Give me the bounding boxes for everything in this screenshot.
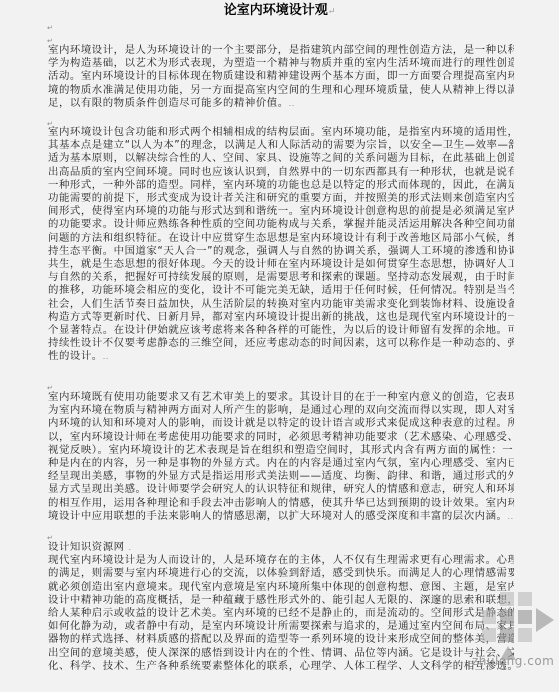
- text-line-content: 性的设计。: [48, 350, 103, 362]
- text-line: 的满足，则需要与室内环境进行心的交流，以体验到舒适，感受到快乐。而满足人的心理情…: [48, 567, 514, 580]
- text-line: 间形式，使得室内环境的功能与形式达到和谐统一。室内环境设计创意构思的前提是必须满…: [48, 205, 514, 218]
- text-line: 持生态平衡。中国道家“天人合一”的观念，强调人与自然的协调关系，强调人工环境的渗…: [48, 245, 514, 258]
- text-line: 境的物质水准满足使用功能，另一方面提高室内空间的生理和心理环境质量，使人从精神上…: [48, 84, 514, 97]
- text-line: 与自然的关系，把握好可持续发展的原则，是需要思考和探索的课题。坚持动态发展观，由…: [48, 271, 514, 284]
- text-line: 个显著特点。在设计伊始就应该考虑将来各种各样的可能性，为以后的设计师留有发挥的余…: [48, 324, 514, 337]
- text-line: 境设计中应用联想的手法来影响人的情感思潮，以扩大环境对人的感受深度和丰富的层次内…: [48, 510, 514, 523]
- text-line: 功能需要的前提下，形式变成为设计者关注和研究的重要方面，并按照美的形式法则来创造…: [48, 192, 514, 205]
- document-page: 论室内环境设计观↵ ↵ ↵ 室内环境设计，是人为环境设计的一个主要部分，是指建筑…: [0, 0, 559, 692]
- text-line: 以，室内环境设计师在考虑使用功能要求的同时，必须思考精神功能要求（艺术感染、心理…: [48, 431, 514, 444]
- text-line: 内环境的认知和环境对人的影响，而设计就是以特定的设计语言或形式来促成这种表意的过…: [48, 417, 514, 430]
- heading-text: 设计知识资源网: [48, 541, 125, 553]
- text-line: 共生，就是生态思想的很好体现。今天的设计师在室内环境设计是如何贯穿生态思想，协调…: [48, 258, 514, 271]
- text-line: 的推移，功能环境会相应的变化，设计不可能完美无缺，适用于任何时候，任何情况。特别…: [48, 284, 514, 297]
- text-line: 给人某种启示或收益的设计艺术美。室内环境的已经不是静止的，而是流动的。空间形式是…: [48, 607, 514, 620]
- text-line: 一种形式，一种外部的造型。同样，室内环境的功能也总是以特定的形式而体现的，因此，…: [48, 179, 514, 192]
- text-line: 室内环境设计包含功能和形式两个相辅相成的结构层面。室内环境功能，是指室内环境的适…: [48, 126, 514, 139]
- text-line-content: 足，以有限的物质条件创造尽可能多的精神价值。: [48, 97, 289, 109]
- paragraph-1: 室内环境设计，是人为环境设计的一个主要部分，是指建筑内部空间的理性创造方法，是一…: [48, 44, 514, 110]
- text-line: 现代室内环境设计是为人而设计的，人是环境存在的主体，人不仅有生理需求更有心理需求…: [48, 554, 514, 567]
- text-line: 视觉反映）。室内环境设计的艺术表现是旨在组织和塑造空间时，其形式内含有两方面的属…: [48, 444, 514, 457]
- text-line: 的相互作用，运用各种理论和手段去冲击影响人的情感，使其升华已达到预期的设计效果。…: [48, 497, 514, 510]
- paragraph-end-mark-icon: ..: [508, 512, 514, 521]
- text-line: 出高品质的室内空间环境。同时也应该认识到，自然界中的一切东西都具有一种形状，也就…: [48, 166, 514, 179]
- text-line: 的功能要求。设计师应熟练各种性质的空间功能构成与关系，掌握并能灵活运用解决各种空…: [48, 218, 514, 231]
- text-line: 化、科学、技术、生产各种系统要素整体化的联系，心理学、人体工程学、人文科学的相互…: [48, 660, 514, 673]
- paragraph-4: 设计知识资源网 . 现代室内环境设计是为人而设计的，人是环境存在的主体，人不仅有…: [48, 541, 514, 673]
- text-line: 足，以有限的物质条件创造尽可能多的精神价值。..: [48, 97, 514, 110]
- section-heading: 设计知识资源网 .: [48, 541, 514, 554]
- text-line: 种是内在的内容，另一种是事物的外显方式。内在的内容是通过室内气氛，室内心理感受、…: [48, 457, 514, 470]
- text-line-content: 境设计中应用联想的手法来影响人的情感思潮，以扩大环境对人的感受深度和丰富的层次内…: [48, 510, 508, 522]
- document-title: 论室内环境设计观↵: [0, 2, 559, 21]
- text-line: 就必须创造出室内意境来。现代室内意境是室内环境所集中体现的创意构想、意图、主题，…: [48, 581, 514, 594]
- paragraph-end-mark-icon: .: [128, 543, 131, 552]
- text-line: 如何化静为动，或者静中有动，是室内环境设计所需要探索与追求的，是通过室内空间布局…: [48, 620, 514, 633]
- text-line: 学为构造基础，以艺术为形式表现，为塑造一个精神与物质并重的室内生活环境而进行的理…: [48, 57, 514, 70]
- text-line: 社会，人们生活节奏日益加快，从生活阶层的转换对室内功能审美需求变化到装饰材料、设…: [48, 298, 514, 311]
- text-line: 活动。室内环境设计的目标体现在物质建设和精神建设两个基本方面，即一方面要合理提高…: [48, 70, 514, 83]
- text-line: 出空间的意境美感，使人深深的感悟到设计内在的个性、情调、品位等内涵。它是设计与社…: [48, 647, 514, 660]
- text-line: 问题的方法和组织特征。在设计中应贯穿生态思想是室内环境设计有利于改善地区局部小气…: [48, 232, 514, 245]
- text-line: 为室内环境在物质与精神两方面对人所产生的影响，是通过心理的双向交流而得以实现，即…: [48, 404, 514, 417]
- text-line: 室内环境既有使用功能要求又有艺术审美上的要求。其设计目的在于一种室内意义的创造，…: [48, 391, 514, 404]
- text-line: 设计中精神功能的高度概括，是一种蕴藏于感性形式外的、能引起人无限的、深邃的思索和…: [48, 594, 514, 607]
- empty-paragraph-mark-icon: ↵: [47, 24, 53, 32]
- text-line: 性的设计。..: [48, 350, 514, 363]
- paragraph-mark-icon: ↵: [328, 7, 336, 17]
- text-line: 其基本点是建立“以人为本”的理念，以满足人和人际活动的需要为宗旨，以安全—卫生—…: [48, 139, 514, 152]
- paragraph-3: 室内环境既有使用功能要求又有艺术审美上的要求。其设计目的在于一种室内意义的创造，…: [48, 391, 514, 523]
- paragraph-2: 室内环境设计包含功能和形式两个相辅相成的结构层面。室内环境功能，是指室内环境的适…: [48, 126, 514, 364]
- title-text: 论室内环境设计观: [224, 3, 328, 18]
- text-line: 显方式呈现出美感。设计师要学会研究人的认识特征和规律，研究人的情感和意志，研究人…: [48, 483, 514, 496]
- text-line: 经呈现出美感，事物的外显方式是指运用形式美法则——适度、均衡、韵律、和谐，通过形…: [48, 470, 514, 483]
- paragraph-end-mark-icon: ..: [103, 352, 109, 361]
- text-line: 室内环境设计，是人为环境设计的一个主要部分，是指建筑内部空间的理性创造方法，是一…: [48, 44, 514, 57]
- paragraph-end-mark-icon: ..: [289, 99, 295, 108]
- text-line: 器物的样式选择、材料质感的搭配以及界面的造型等一系列环境的设计来形成空间的整体美…: [48, 633, 514, 646]
- text-line: 适为基本原则，以解决综合性的人、空间、家具、设施等之间的关系问题为目标，在此基础…: [48, 152, 514, 165]
- text-line: 持续性设计不仅要考虑静态的三维空间，还应考虑动态的时间因素，这可以称作是一种动态…: [48, 337, 514, 350]
- watermark-text: zhulong.com: [472, 654, 554, 668]
- text-line: 构造方式等更新时代、日新月异，都对室内环境设计提出新的挑战，这也是现代室内环境设…: [48, 311, 514, 324]
